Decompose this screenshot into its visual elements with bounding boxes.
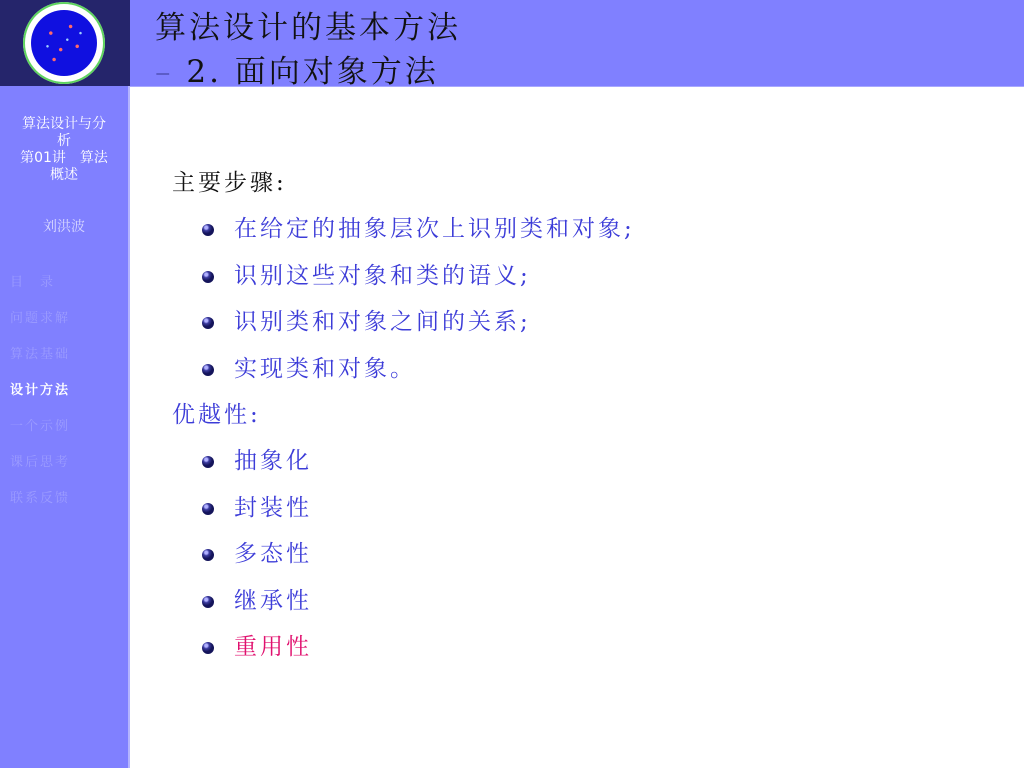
slide-title: 算法设计的基本方法 [155,2,461,47]
course-title-line: 第01讲 算法 [0,150,128,167]
bullet-icon [202,596,214,608]
step-item: 实现类和对象。 [172,346,635,393]
step-text: 实现类和对象。 [234,356,416,382]
course-title-line: 算法设计与分 [0,116,128,133]
nav-item-contents[interactable]: 目 录 [10,271,70,307]
bullet-icon [202,456,214,468]
advantage-text: 多态性 [234,541,312,567]
slide-content: 主要步骤: 在给定的抽象层次上识别类和对象; 识别这些对象和类的语义; 识别类和… [172,160,635,671]
university-logo-icon [23,2,105,84]
subtitle-dash: – [155,54,174,90]
steps-heading: 主要步骤: [172,160,635,206]
step-item: 识别类和对象之间的关系; [172,299,635,346]
slide-header: 算法设计的基本方法 – 2. 面向对象方法 [130,0,1024,87]
nav-item-example[interactable]: 一个示例 [10,415,70,451]
bullet-icon [202,549,214,561]
course-title-line: 概述 [0,167,128,184]
nav-item-feedback[interactable]: 联系反馈 [10,487,70,523]
nav-item-algorithm-basics[interactable]: 算法基础 [10,343,70,379]
advantage-text: 封装性 [234,495,312,521]
slide-subtitle: – 2. 面向对象方法 [155,46,439,91]
advantage-text: 继承性 [234,588,312,614]
advantage-text: 抽象化 [234,448,312,474]
subtitle-text: 2. 面向对象方法 [186,54,438,90]
advantage-item-highlighted: 重用性 [172,624,635,671]
bullet-icon [202,503,214,515]
step-text: 在给定的抽象层次上识别类和对象; [234,216,635,242]
sidebar-nav: 目 录 问题求解 算法基础 设计方法 一个示例 课后思考 联系反馈 [10,271,70,523]
step-text: 识别这些对象和类的语义; [234,263,531,289]
advantage-item: 继承性 [172,578,635,625]
advantages-heading: 优越性: [172,392,635,438]
course-title: 算法设计与分 析 第01讲 算法 概述 [0,116,128,184]
bullet-icon [202,224,214,236]
bullet-icon [202,642,214,654]
advantage-item: 多态性 [172,531,635,578]
course-title-line: 析 [0,133,128,150]
nav-item-problem-solving[interactable]: 问题求解 [10,307,70,343]
step-text: 识别类和对象之间的关系; [234,309,531,335]
advantage-text: 重用性 [234,634,312,660]
step-item: 在给定的抽象层次上识别类和对象; [172,206,635,253]
logo-emblem [31,10,97,76]
step-item: 识别这些对象和类的语义; [172,253,635,300]
bullet-icon [202,271,214,283]
bullet-icon [202,317,214,329]
author-name: 刘洪波 [0,216,128,236]
advantage-item: 抽象化 [172,438,635,485]
bullet-icon [202,364,214,376]
nav-item-design-methods[interactable]: 设计方法 [10,379,70,415]
nav-item-exercises[interactable]: 课后思考 [10,451,70,487]
logo-box [0,0,130,86]
sidebar: 算法设计与分 析 第01讲 算法 概述 刘洪波 目 录 问题求解 算法基础 设计… [0,86,130,768]
advantage-item: 封装性 [172,485,635,532]
